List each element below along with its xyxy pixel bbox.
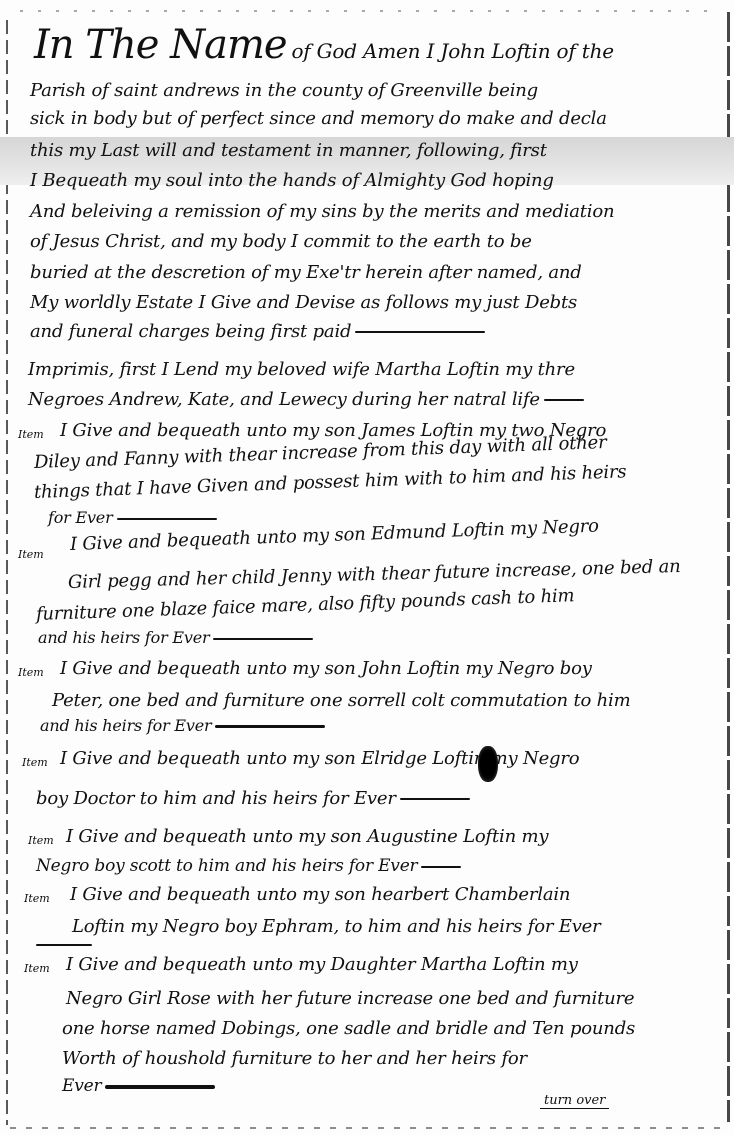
margin-note-item: Item [22,756,48,769]
margin-note-item: Item [18,666,44,679]
document-line: Imprimis, first I Lend my beloved wife M… [28,359,575,380]
document-line: Girl pegg and her child Jenny with thear… [68,556,681,593]
document-line: Negroes Andrew, Kate, and Lewecy during … [28,389,584,410]
document-line: Worth of houshold furniture to her and h… [62,1048,527,1069]
document-line: My worldly Estate I Give and Devise as f… [30,292,577,313]
line-dash [117,518,217,520]
document-line: I Give and bequeath unto my son Elridge … [60,748,579,769]
line-text: Negro boy scott to him and his heirs for… [36,856,417,876]
document-line: and his heirs for Ever [40,716,325,735]
document-line: And beleiving a remission of my sins by … [30,201,614,222]
document-page: In The Name of God Amen I John Loftin of… [0,0,734,1135]
margin-note-item: Item [28,834,54,847]
line-dash [213,638,313,640]
document-line: I Give and bequeath unto my son Augustin… [66,826,548,847]
margin-note-item: Item [24,892,50,905]
document-line: I Bequeath my soul into the hands of Alm… [30,170,554,191]
document-line: and funeral charges being first paid [30,321,485,342]
document-line: Ever [62,1076,215,1096]
line-dash [105,1085,215,1089]
document-line: this my Last will and testament in manne… [30,140,547,161]
document-line: for Ever [48,508,217,527]
line-text: and funeral charges being first paid [30,321,351,342]
line-dash [400,798,470,800]
document-line: I Give and bequeath unto my Daughter Mar… [66,954,578,975]
line-dash [544,399,584,401]
document-line: Parish of saint andrews in the county of… [30,80,538,101]
margin-note-item: Item [18,548,44,561]
line-dash [355,331,485,333]
line-text: for Ever [48,508,113,527]
line-text: Negroes Andrew, Kate, and Lewecy during … [28,389,540,410]
document-line: sick in body but of perfect since and me… [30,108,607,129]
document-line: I Give and bequeath unto my son John Lof… [60,658,592,679]
line-dash [215,725,325,728]
ink-blot [478,746,498,782]
line-dash [421,866,461,868]
document-line: and his heirs for Ever [38,628,313,647]
margin-note-item: Item [18,428,44,441]
document-line: one horse named Dobings, one sadle and b… [62,1018,635,1039]
page-edge-left [6,20,8,1125]
document-line: of Jesus Christ, and my body I commit to… [30,231,532,252]
document-line: I Give and bequeath unto my son hearbert… [70,884,570,905]
title-phrase: In The Name [34,22,287,68]
document-line: Peter, one bed and furniture one sorrell… [52,690,630,711]
underline-stroke [36,944,92,946]
document-line: Negro boy scott to him and his heirs for… [36,856,461,876]
turn-over-note: turn over [540,1093,609,1109]
document-line: boy Doctor to him and his heirs for Ever [36,788,470,809]
line-text: and his heirs for Ever [40,716,211,735]
document-line: buried at the descretion of my Exe'tr he… [30,262,582,283]
line-text: and his heirs for Ever [38,628,209,647]
page-edge-bottom [10,1127,725,1129]
line-text: boy Doctor to him and his heirs for Ever [36,788,396,809]
document-line-1: In The Name of God Amen I John Loftin of… [34,22,614,68]
line-text: Ever [62,1076,101,1096]
document-line: Negro Girl Rose with her future increase… [66,988,634,1009]
margin-note-item: Item [24,962,50,975]
document-line: Loftin my Negro boy Ephram, to him and h… [72,916,601,937]
line-text: of God Amen I John Loftin of the [291,39,613,63]
page-edge-top [20,10,720,12]
